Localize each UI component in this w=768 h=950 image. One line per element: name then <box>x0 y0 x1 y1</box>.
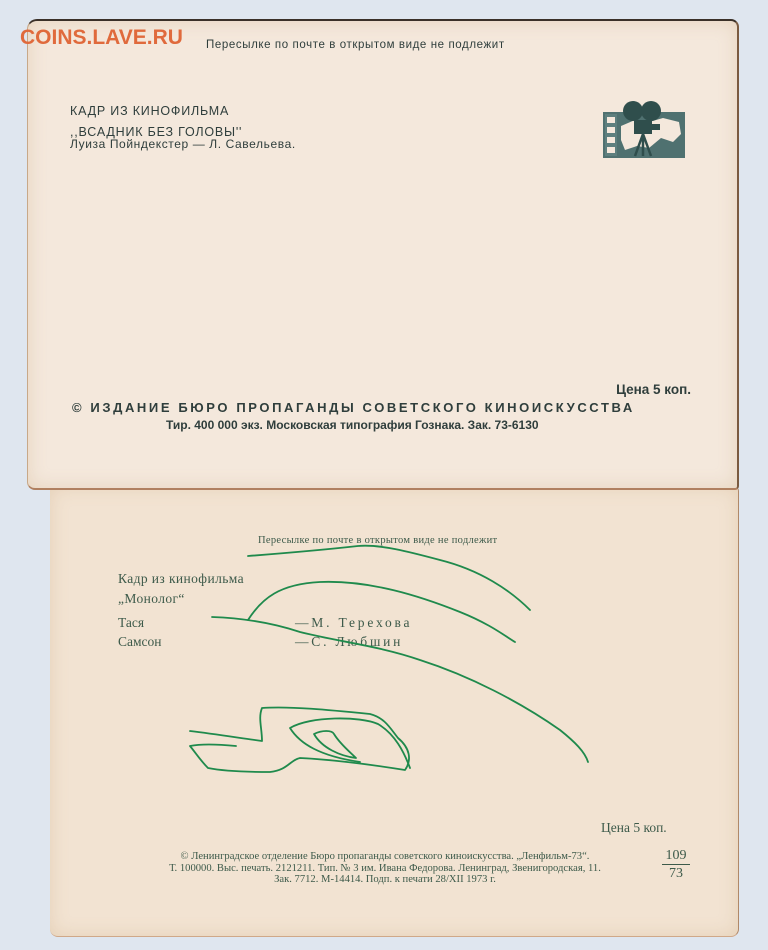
title-line-2: „Монолог“ <box>118 589 244 609</box>
print-info: Тир. 400 000 экз. Московская типография … <box>166 418 539 432</box>
postal-notice: Пересылке по почте в открытом виде не по… <box>206 39 505 51</box>
imprint-line: Т. 100000. Выс. печать. 2121211. Тип. № … <box>120 863 650 875</box>
postcard-top: Пересылке по почте в открытом виде не по… <box>27 19 739 490</box>
role: Тася <box>118 613 162 632</box>
title-line-1: Кадр из кинофильма <box>118 569 244 589</box>
cast-line: Луиза Пойндекстер — Л. Савельева. <box>70 137 296 151</box>
actor: —М. Терехова <box>295 613 412 632</box>
publisher: © ИЗДАНИЕ БЮРО ПРОПАГАНДЫ СОВЕТСКОГО КИН… <box>72 400 635 415</box>
imprint: © Ленинградское отделение Бюро пропаганд… <box>120 851 650 886</box>
imprint-line: Зак. 7712. М-14414. Подп. к печати 28/XI… <box>120 874 650 886</box>
postal-notice: Пересылке по почте в открытом виде не по… <box>258 535 497 546</box>
role: Самсон <box>118 632 162 651</box>
price: Цена 5 коп. <box>601 820 667 836</box>
postcard-bottom: Пересылке по почте в открытом виде не по… <box>50 487 739 937</box>
actor: —С. Любшин <box>295 632 412 651</box>
imprint-line: © Ленинградское отделение Бюро пропаганд… <box>120 851 650 863</box>
film-title: Кадр из кинофильма „Монолог“ <box>118 569 244 609</box>
actors-list: —М. Терехова —С. Любшин <box>295 613 412 651</box>
price: Цена 5 коп. <box>616 382 691 397</box>
film-camera-map-icon <box>601 98 687 160</box>
catalog-number-bottom: 73 <box>669 866 683 881</box>
catalog-number-top: 109 <box>662 847 690 865</box>
watermark: COINS.LAVE.RU <box>20 26 183 50</box>
title-line-1: КАДР ИЗ КИНОФИЛЬМА <box>70 101 242 122</box>
catalog-number: 109 73 <box>662 847 690 882</box>
roles-list: Тася Самсон <box>118 613 162 651</box>
